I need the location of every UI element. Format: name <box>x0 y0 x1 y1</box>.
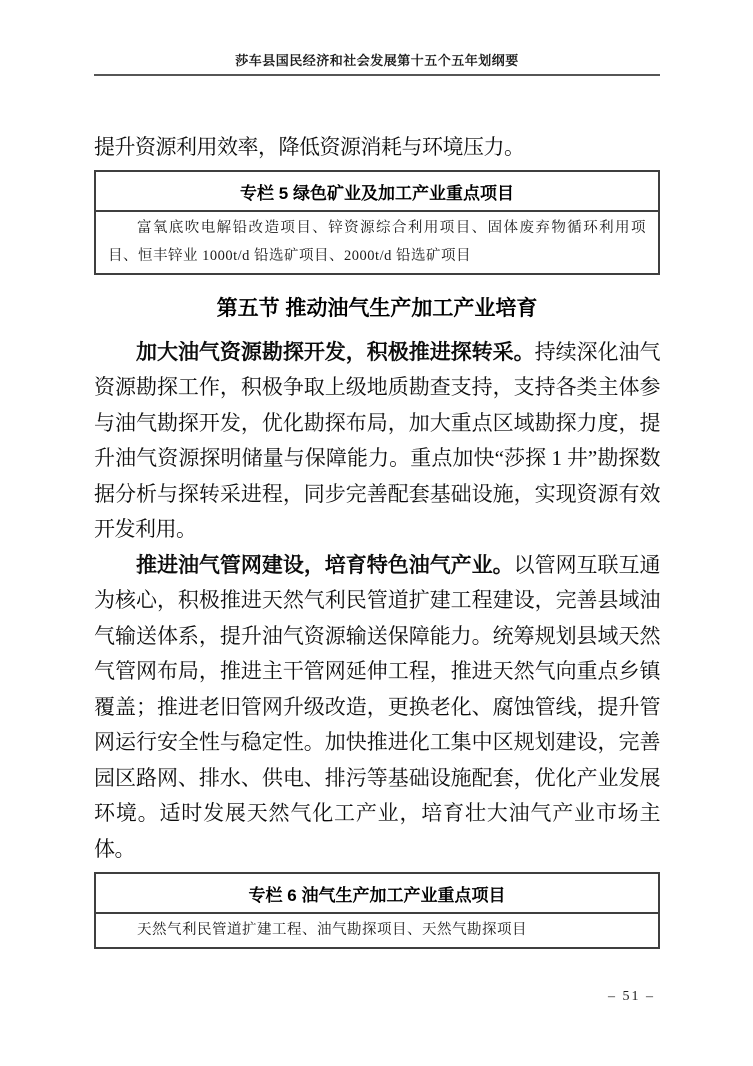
page-content: 莎车县国民经济和社会发展第十五个五年划纲要 提升资源利用效率，降低资源消耗与环境… <box>94 0 660 949</box>
page-footer: – 51 – <box>608 987 655 1005</box>
column-box-5: 专栏 5 绿色矿业及加工产业重点项目 富氧底吹电解铅改造项目、锌资源综合利用项目… <box>94 170 660 275</box>
column-box-6: 专栏 6 油气生产加工产业重点项目 天然气利民管道扩建工程、油气勘探项目、天然气… <box>94 872 660 949</box>
document-page: { "header": { "title": "莎车县国民经济和社会发展第十五个… <box>0 0 753 1066</box>
column-box-5-title: 专栏 5 绿色矿业及加工产业重点项目 <box>96 172 658 212</box>
paragraph-bold-lead: 推进油气管网建设，培育特色油气产业。 <box>136 553 514 577</box>
section-heading: 第五节 推动油气生产加工产业培育 <box>94 292 660 322</box>
column-box-6-title: 专栏 6 油气生产加工产业重点项目 <box>96 874 658 914</box>
page-header: 莎车县国民经济和社会发展第十五个五年划纲要 <box>94 0 660 76</box>
paragraph-pipeline-network: 推进油气管网建设，培育特色油气产业。以管网互联互通为核心，积极推进天然气利民管道… <box>94 548 660 868</box>
column-box-5-content: 富氧底吹电解铅改造项目、锌资源综合利用项目、固体废弃物循环利用项目、恒丰锌业 1… <box>96 212 658 273</box>
paragraph-body-text: 以管网互联互通为核心，积极推进天然气利民管道扩建工程建设，完善县域油气输送体系，… <box>94 553 660 861</box>
paragraph-bold-lead: 加大油气资源勘探开发，积极推进探转采。 <box>136 340 535 364</box>
running-head-title: 莎车县国民经济和社会发展第十五个五年划纲要 <box>94 50 660 69</box>
page-number: – 51 – <box>608 989 655 1004</box>
paragraph-body-text: 持续深化油气资源勘探工作，积极争取上级地质勘查支持，支持各类主体参与油气勘探开发… <box>94 340 660 542</box>
column-box-6-content: 天然气利民管道扩建工程、油气勘探项目、天然气勘探项目 <box>96 914 658 947</box>
intro-paragraph: 提升资源利用效率，降低资源消耗与环境压力。 <box>94 130 660 166</box>
paragraph-oil-gas-exploration: 加大油气资源勘探开发，积极推进探转采。持续深化油气资源勘探工作，积极争取上级地质… <box>94 335 660 548</box>
